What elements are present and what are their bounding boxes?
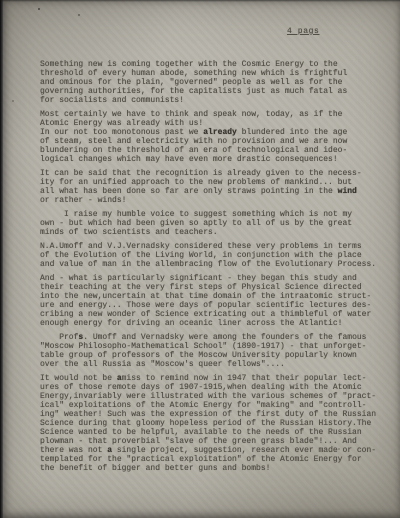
text-line: Science wanted to be helpful, available … <box>40 428 388 437</box>
text-line: there was not a single project, suggesti… <box>40 446 388 455</box>
text-line: cribing a new wonder of Science extricat… <box>40 310 388 319</box>
text-line: over the all Russia as "Moscow's queer f… <box>40 360 388 369</box>
paragraph: Most certainly we have to think and spea… <box>40 110 388 164</box>
overstruck-text: wind <box>338 187 357 196</box>
scan-edge-left <box>0 0 3 518</box>
text-line: all what has been done so far are only s… <box>40 187 388 196</box>
text-line: table group of professors of the Moscow … <box>40 351 388 360</box>
text-line: the benefit of bigger and better guns an… <box>40 464 388 473</box>
paragraph: It can be said that the recognition is a… <box>40 169 388 205</box>
text-line: In our not too monotonous past we alread… <box>40 128 388 137</box>
text-line: and ominous for the plain, "governed" pe… <box>40 78 388 87</box>
text-line: Energy,invariably were illustrated with … <box>40 392 388 401</box>
text-line: plowman - that proverbial "slave of the … <box>40 437 388 446</box>
text-line: own - but which had been given so aptly … <box>40 219 388 228</box>
text-line: or rather - winds! <box>40 196 388 205</box>
text-line: I raise my humble voice to suggest somet… <box>40 210 388 219</box>
text-line: of the Evolution of the Living World, in… <box>40 251 388 260</box>
paragraph: Profs. Umoff and Vernadsky were among th… <box>40 333 388 369</box>
scan-speck <box>38 8 40 10</box>
text-line: "Moscow Philosopho-Mathematical School" … <box>40 342 388 351</box>
text-line: ures of those remote days of 1907-1915,w… <box>40 383 388 392</box>
document-body: Something new is coming together with th… <box>40 60 388 478</box>
paragraph: N.A.Umoff and V.J.Vernadsky considered t… <box>40 242 388 269</box>
text-line: Atomic Energy was already with us! <box>40 119 388 128</box>
text-line: of steam, steel and electricity with no … <box>40 137 388 146</box>
paragraph: Something new is coming together with th… <box>40 60 388 105</box>
text-line: and value of man in the allembracing flo… <box>40 260 388 269</box>
paragraph: And - what is particularly significant -… <box>40 274 388 328</box>
text-line: Most certainly we have to think and spea… <box>40 110 388 119</box>
text-line: into the new,uncertain at that time doma… <box>40 292 388 301</box>
text-line: Something new is coming together with th… <box>40 60 388 69</box>
text-line: templated for the "practical exploitatio… <box>40 455 388 464</box>
text-line: Profs. Umoff and Vernadsky were among th… <box>40 333 388 342</box>
text-line: logical changes which may have even more… <box>40 155 388 164</box>
text-line: ical" exploitations of the Atomic Energy… <box>40 401 388 410</box>
text-line: enough energy for driving an oceanic lin… <box>40 319 388 328</box>
text-line: ity for an unified approach to the new p… <box>40 178 388 187</box>
text-line: N.A.Umoff and V.J.Vernadsky considered t… <box>40 242 388 251</box>
text-line: ing" weather! Such was the expression of… <box>40 410 388 419</box>
text-line: their teaching at the very first steps o… <box>40 283 388 292</box>
text-line: minds of two scientists and teachers. <box>40 228 388 237</box>
text-line: It can be said that the recognition is a… <box>40 169 388 178</box>
text-line: Science during that gloomy hopeless peri… <box>40 419 388 428</box>
text-line: for socialists and communists! <box>40 96 388 105</box>
paragraph: It would not be amiss to remind now in 1… <box>40 374 388 473</box>
text-line: blundering on the threshold of an era of… <box>40 146 388 155</box>
paragraph: I raise my humble voice to suggest somet… <box>40 210 388 237</box>
page-number-label: 4 pags <box>287 27 319 36</box>
text-line: It would not be amiss to remind now in 1… <box>40 374 388 383</box>
text-line: governing authorities, for the capitalis… <box>40 87 388 96</box>
scanned-page: 4 pags Something new is coming together … <box>0 0 400 518</box>
text-line: And - what is particularly significant -… <box>40 274 388 283</box>
text-line: ure and energy... Those were days of pop… <box>40 301 388 310</box>
overstruck-text: already <box>203 128 237 137</box>
text-line: threshold of every human abode, somethin… <box>40 69 388 78</box>
scan-edge-top <box>0 0 400 2</box>
